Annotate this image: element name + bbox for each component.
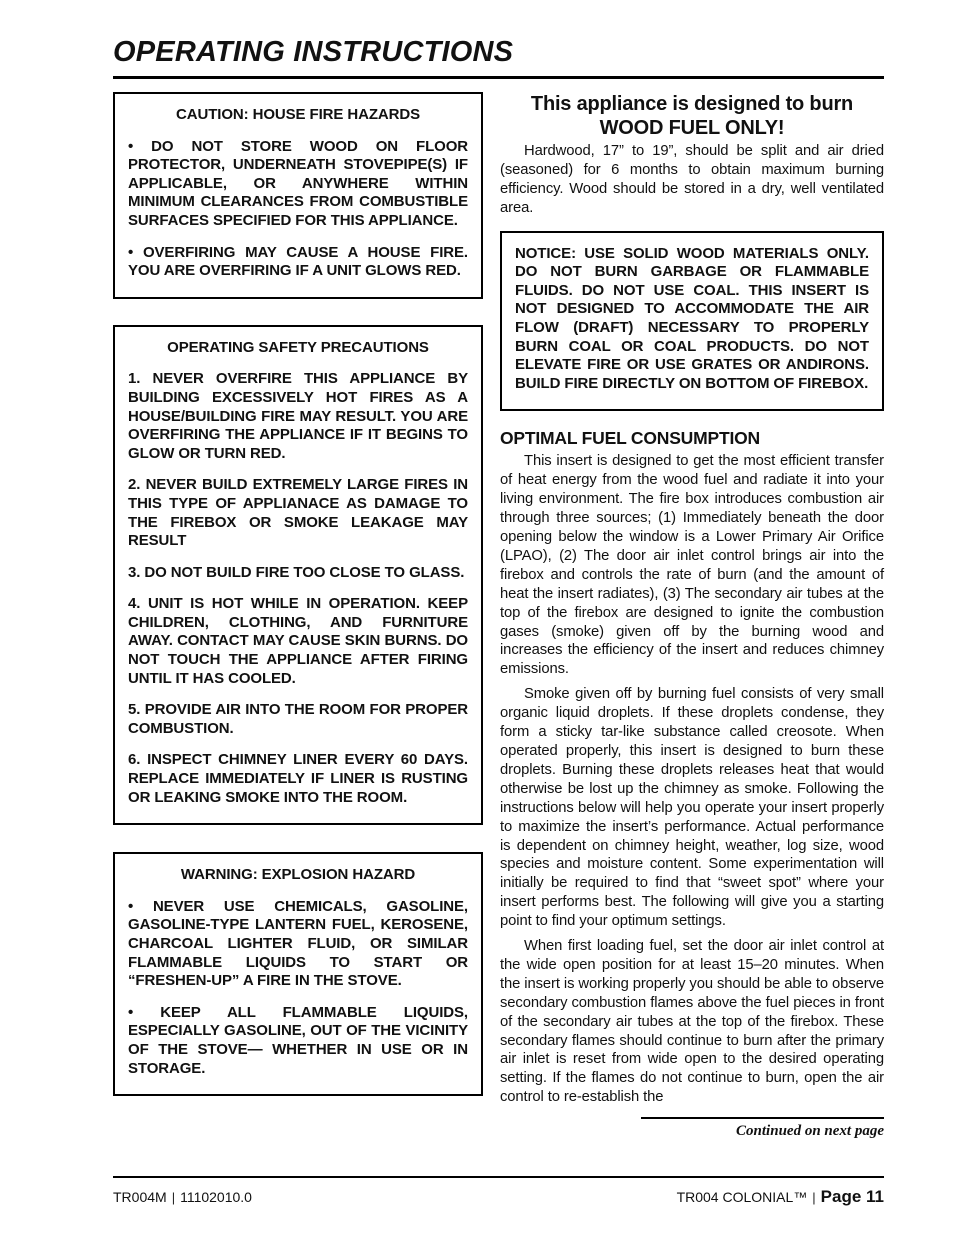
notice-text: NOTICE: USE SOLID WOOD MATERIALS ONLY. D…	[515, 245, 869, 394]
page-title: OPERATING INSTRUCTIONS	[113, 36, 884, 69]
warning-bullet: • KEEP ALL FLAMMABLE LIQUIDS, ESPECIALLY…	[128, 1004, 468, 1078]
continued-note: Continued on next page	[500, 1117, 884, 1140]
footer-separator: |	[167, 1190, 180, 1205]
safety-box-title: OPERATING SAFETY PRECAUTIONS	[128, 339, 468, 358]
footer-separator: |	[807, 1190, 820, 1205]
safety-item: 4. UNIT IS HOT WHILE IN OPERATION. KEEP …	[128, 595, 468, 688]
safety-item: 2. NEVER BUILD EXTREMELY LARGE FIRES IN …	[128, 476, 468, 550]
optimal-fuel-paragraph: When first loading fuel, set the door ai…	[500, 937, 884, 1107]
footer-product-name: TR004 COLONIAL™	[677, 1189, 808, 1205]
title-divider	[113, 76, 884, 79]
warning-bullet: • NEVER USE CHEMICALS, GASOLINE, GASOLIN…	[128, 898, 468, 991]
caution-box: CAUTION: HOUSE FIRE HAZARDS • DO NOT STO…	[113, 92, 483, 299]
footer-right: TR004 COLONIAL™|Page 11	[677, 1187, 884, 1207]
manual-page: OPERATING INSTRUCTIONS CAUTION: HOUSE FI…	[113, 36, 884, 1140]
caution-bullet: • OVERFIRING MAY CAUSE A HOUSE FIRE. YOU…	[128, 244, 468, 281]
explosion-warning-box: WARNING: EXPLOSION HAZARD • NEVER USE CH…	[113, 852, 483, 1096]
safety-item: 1. NEVER OVERFIRE THIS APPLIANCE BY BUIL…	[128, 370, 468, 463]
safety-precautions-box: OPERATING SAFETY PRECAUTIONS 1. NEVER OV…	[113, 325, 483, 825]
safety-item: 3. DO NOT BUILD FIRE TOO CLOSE TO GLASS.	[128, 564, 468, 583]
optimal-fuel-paragraph: This insert is designed to get the most …	[500, 452, 884, 679]
wood-fuel-paragraph: Hardwood, 17” to 19”, should be split an…	[500, 142, 884, 218]
continued-note-text: Continued on next page	[641, 1117, 884, 1140]
warning-box-title: WARNING: EXPLOSION HAZARD	[128, 866, 468, 885]
two-column-layout: CAUTION: HOUSE FIRE HAZARDS • DO NOT STO…	[113, 92, 884, 1140]
footer-model-number: TR004M	[113, 1189, 167, 1205]
wood-fuel-heading-line1: This appliance is designed to burn	[531, 93, 853, 115]
caution-box-title: CAUTION: HOUSE FIRE HAZARDS	[128, 106, 468, 125]
footer-revision: 11102010.0	[180, 1189, 252, 1205]
wood-fuel-heading: This appliance is designed to burnWOOD F…	[500, 92, 884, 140]
safety-item: 5. PROVIDE AIR INTO THE ROOM FOR PROPER …	[128, 701, 468, 738]
caution-bullet: • DO NOT STORE WOOD ON FLOOR PROTECTOR, …	[128, 138, 468, 231]
page-footer: TR004M|11102010.0 TR004 COLONIAL™|Page 1…	[113, 1176, 884, 1207]
optimal-fuel-paragraph: Smoke given off by burning fuel consists…	[500, 685, 884, 931]
safety-item: 6. INSPECT CHIMNEY LINER EVERY 60 DAYS. …	[128, 751, 468, 807]
footer-page-number: Page 11	[821, 1187, 884, 1207]
right-column: This appliance is designed to burnWOOD F…	[500, 92, 884, 1140]
optimal-fuel-heading: OPTIMAL FUEL CONSUMPTION	[500, 428, 884, 449]
notice-box: NOTICE: USE SOLID WOOD MATERIALS ONLY. D…	[500, 231, 884, 412]
left-column: CAUTION: HOUSE FIRE HAZARDS • DO NOT STO…	[113, 92, 483, 1140]
wood-fuel-heading-line2: WOOD FUEL ONLY!	[600, 117, 785, 139]
footer-left: TR004M|11102010.0	[113, 1189, 252, 1205]
